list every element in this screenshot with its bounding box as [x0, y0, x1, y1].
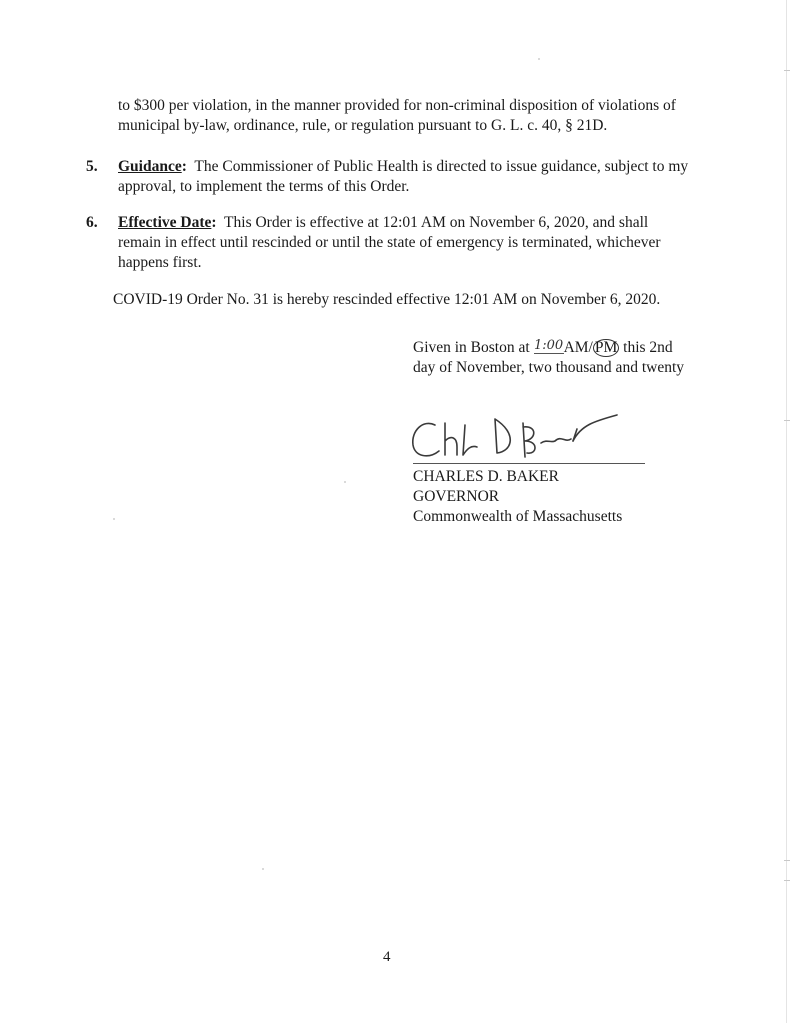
text-line: happens first.: [118, 253, 726, 273]
scan-speck: [344, 481, 346, 483]
given-suffix: this 2nd: [623, 339, 673, 356]
scan-artifact: [784, 70, 790, 71]
text-line: approval, to implement the terms of this…: [118, 177, 726, 197]
signer-entity: Commonwealth of Massachusetts: [413, 507, 713, 527]
signer-title: GOVERNOR: [413, 487, 713, 507]
section-effective-date: 6. Effective Date: This Order is effecti…: [86, 213, 726, 273]
section-colon: :: [182, 158, 187, 175]
scan-speck: [538, 58, 540, 60]
text-line: remain in effect until rescinded or unti…: [118, 233, 726, 253]
rescission-statement: COVID-19 Order No. 31 is hereby rescinde…: [113, 290, 733, 310]
pm-circled: PM: [593, 339, 619, 357]
scan-speck: [113, 518, 115, 520]
section-colon: :: [211, 214, 216, 231]
text-line: This Order is effective at 12:01 AM on N…: [224, 214, 648, 231]
signature-line: [413, 463, 645, 464]
scan-artifact: [784, 420, 790, 421]
document-page: to $300 per violation, in the manner pro…: [0, 0, 791, 1023]
page-number: 4: [383, 947, 391, 967]
scan-artifact: [784, 880, 790, 881]
am-label: AM/: [564, 339, 593, 356]
section-guidance: 5. Guidance: The Commissioner of Public …: [86, 157, 726, 197]
given-statement: Given in Boston at 1:00AM/PM this 2nd da…: [413, 338, 713, 378]
section-heading: Effective Date: [118, 214, 211, 231]
handwritten-time: 1:00: [534, 339, 564, 354]
section-number: 5.: [86, 157, 98, 177]
signature-icon: [405, 405, 635, 465]
signer-block: CHARLES D. BAKER GOVERNOR Commonwealth o…: [413, 467, 713, 527]
signer-name: CHARLES D. BAKER: [413, 467, 713, 487]
given-line-2: day of November, two thousand and twenty: [413, 358, 713, 378]
scan-artifact: [784, 860, 790, 861]
scan-edge: [786, 0, 787, 1023]
given-prefix: Given in Boston at: [413, 339, 530, 356]
text-line: to $300 per violation, in the manner pro…: [118, 96, 718, 116]
section-number: 6.: [86, 213, 98, 233]
section-heading: Guidance: [118, 158, 182, 175]
scan-speck: [262, 868, 264, 870]
text-line: municipal by-law, ordinance, rule, or re…: [118, 116, 718, 136]
continuation-paragraph: to $300 per violation, in the manner pro…: [118, 96, 718, 136]
text-line: The Commissioner of Public Health is dir…: [194, 158, 688, 175]
